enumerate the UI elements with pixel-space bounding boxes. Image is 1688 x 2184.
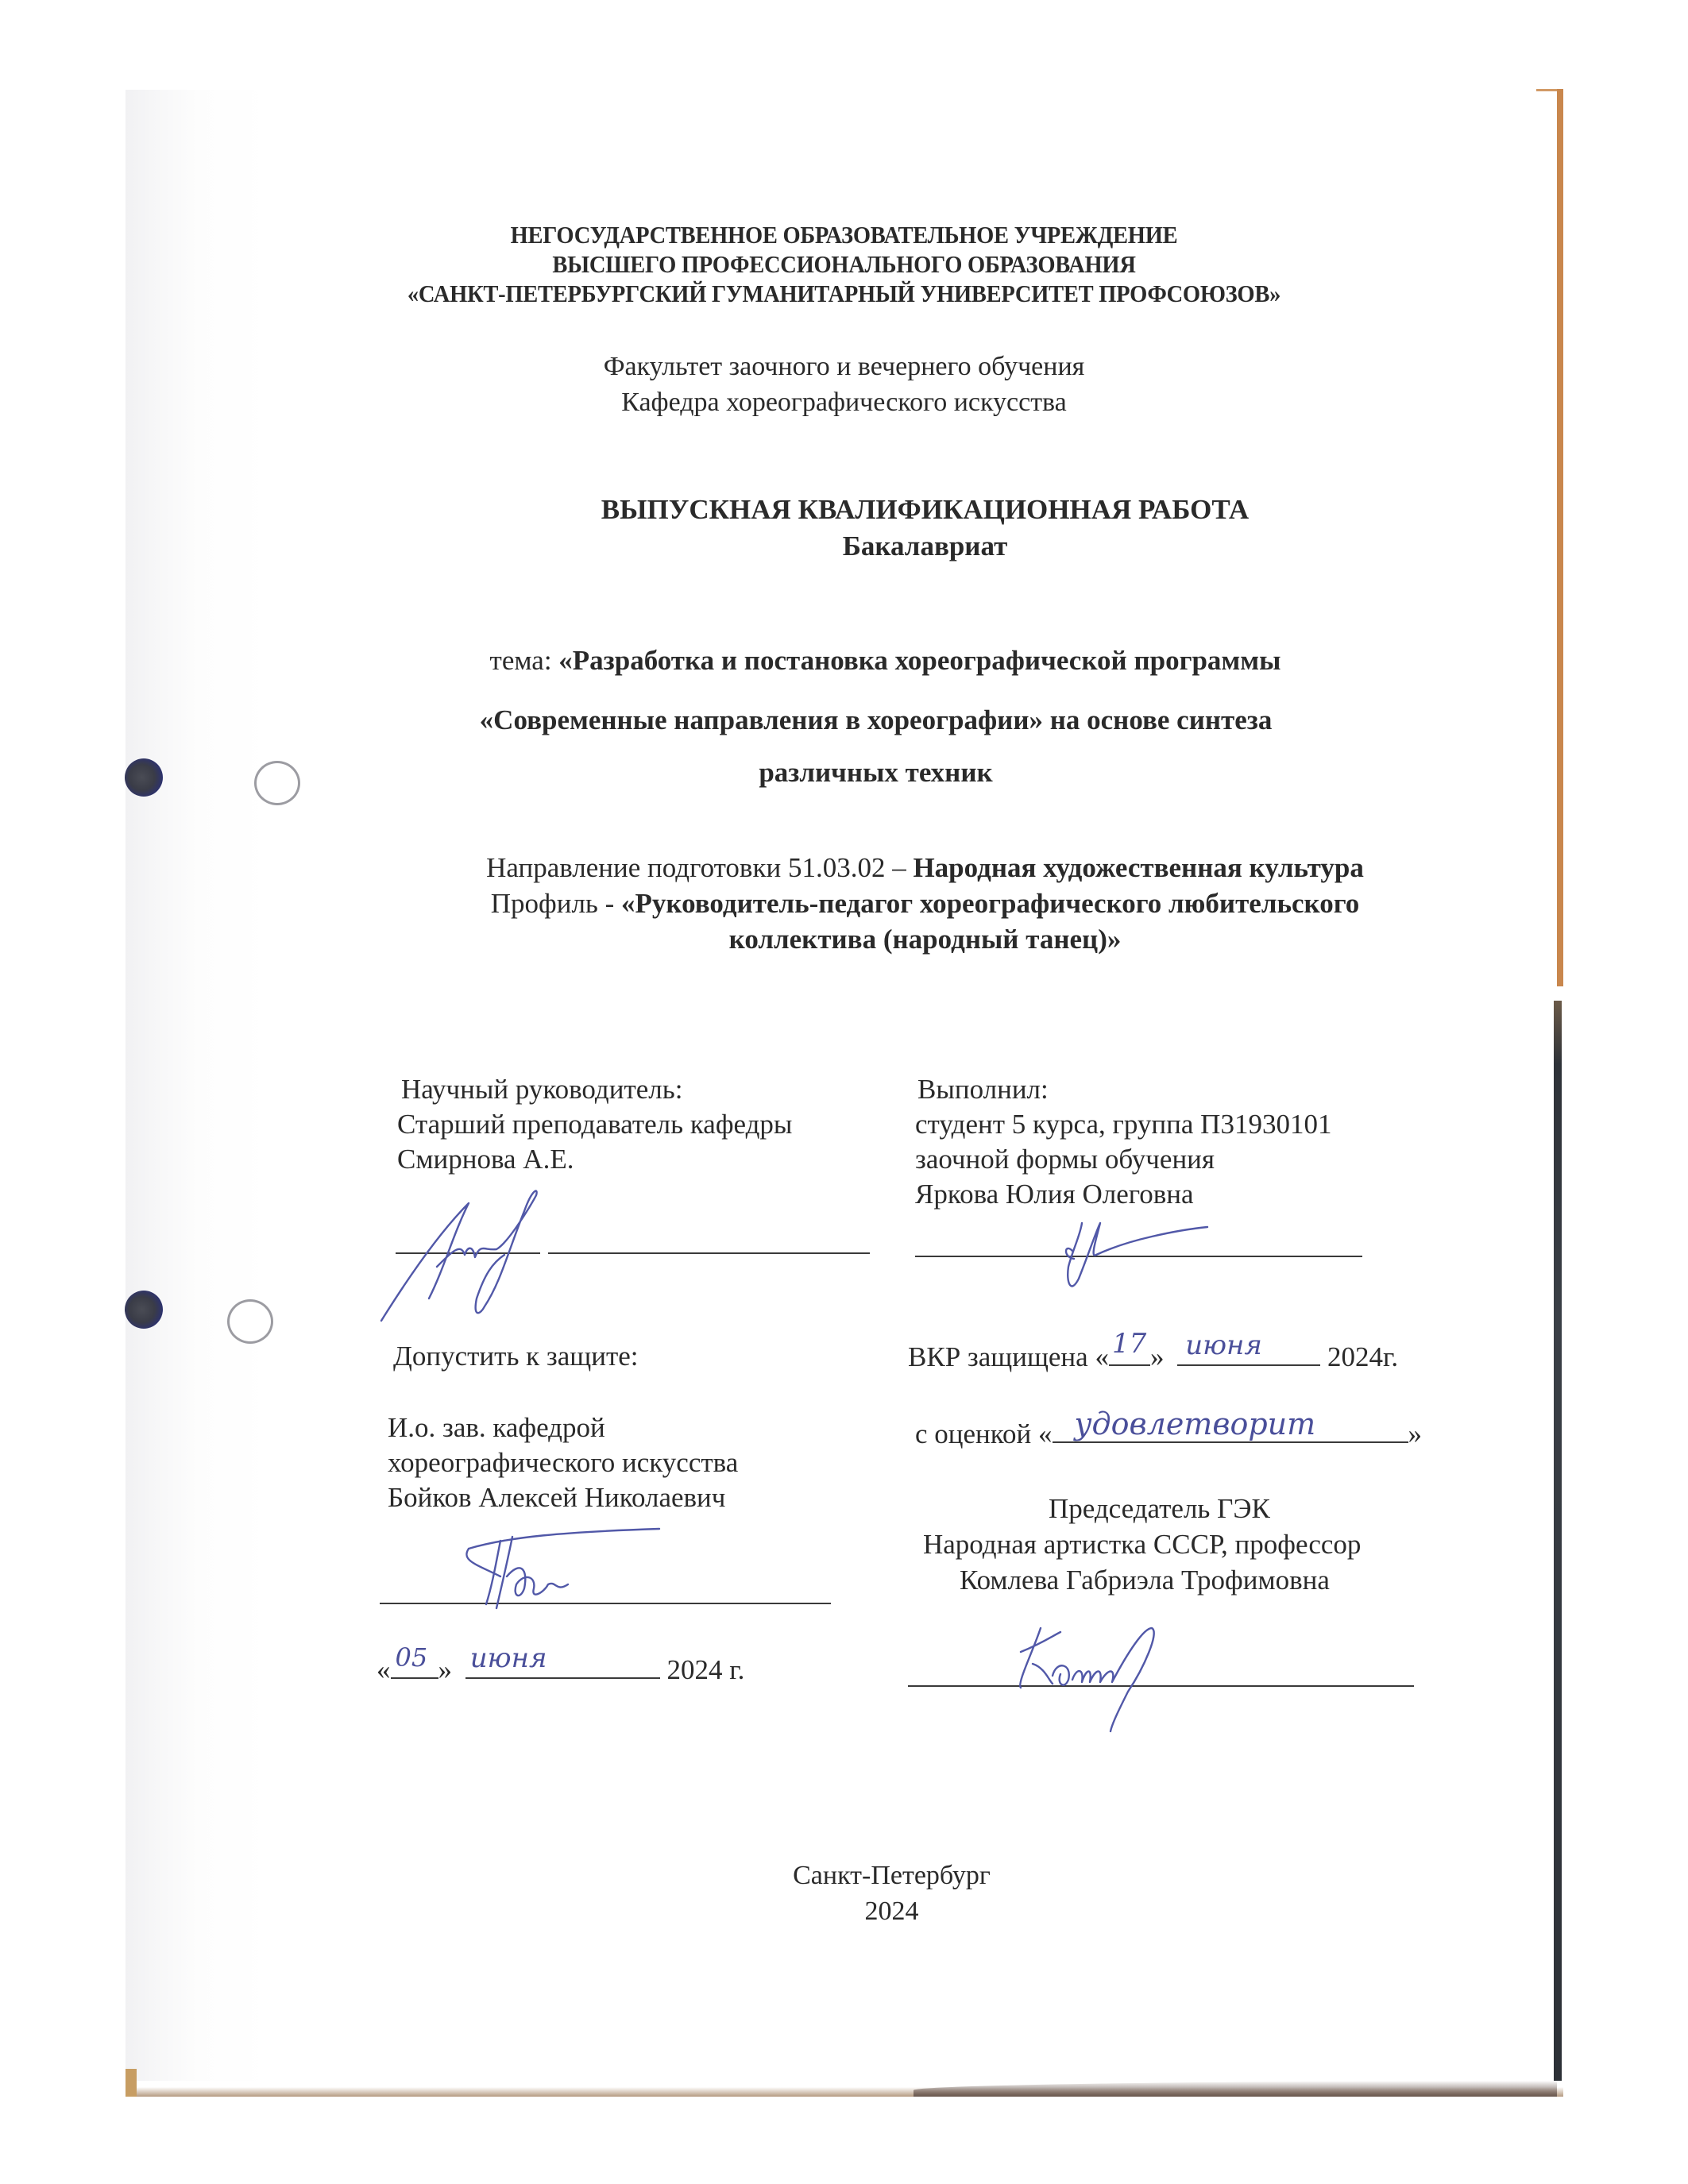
student-label: Выполнил: [917,1074,1049,1106]
defense-date: ВКР защищена «17» июня 2024г. [908,1341,1398,1373]
page-edge-corner [126,2069,137,2097]
admission-label: Допустить к защите: [393,1341,639,1372]
admission-position-1: И.о. зав. кафедрой [388,1412,605,1444]
work-type: ВЫПУСКНАЯ КВАЛИФИКАЦИОННАЯ РАБОТА [81,494,1688,526]
topic-text: «Разработка и постановка хореографическо… [558,645,1280,676]
supervisor-position: Старший преподаватель кафедры [397,1109,792,1140]
commission-name: Комлева Габриэла Трофимовна [960,1565,1330,1596]
defense-quote-close: » [1150,1341,1165,1372]
topic-line-1: тема: «Разработка и постановка хореограф… [41,645,1688,677]
grade-field: удовлетворит [1053,1418,1408,1443]
admission-signature-icon [445,1529,651,1624]
supervisor-label: Научный руководитель: [401,1074,682,1106]
commission-signature-icon [1009,1620,1247,1731]
defense-label: ВКР защищена « [908,1341,1109,1372]
grade-label: с оценкой « [915,1418,1053,1449]
student-course: студент 5 курса, группа П31930101 [915,1109,1331,1140]
institution-line-1: НЕГОСУДАРСТВЕННОЕ ОБРАЗОВАТЕЛЬНОЕ УЧРЕЖД… [68,221,1620,249]
date-quote-open: « [377,1654,391,1685]
direction-value: Народная художественная культура [913,852,1363,883]
student-name: Яркова Юлия Олеговна [915,1179,1194,1210]
defense-day: 17 [1112,1328,1146,1360]
profile-label: Профиль - [491,888,621,919]
direction-label: Направление подготовки 51.03.02 – [486,852,913,883]
admission-year: 2024 г. [667,1654,745,1685]
supervisor-name: Смирнова А.Е. [397,1144,574,1175]
admission-position-2: хореографического искусства [388,1447,738,1479]
commission-title: Председатель ГЭК [1049,1493,1270,1525]
defense-year: 2024г. [1327,1341,1398,1372]
institution-line-2: ВЫСШЕГО ПРОФЕССИОНАЛЬНОГО ОБРАЗОВАНИЯ [68,250,1620,279]
page-edge-shadow [1554,1001,1562,2095]
profile: Профиль - «Руководитель-педагог хореогра… [81,888,1688,920]
admission-day: 05 [396,1642,428,1673]
defense-month: июня [1185,1329,1262,1361]
student-signature-icon [1064,1219,1223,1295]
grade-quote-close: » [1408,1418,1423,1449]
defense-month-field: июня [1177,1341,1320,1366]
supervisor-signature-icon [373,1187,564,1322]
topic-line-2: «Современные направления в хореографии» … [32,704,1688,736]
student-form: заочной формы обучения [915,1144,1215,1175]
city: Санкт-Петербург [48,1861,1688,1891]
supervisor-signature-line-2 [548,1252,870,1254]
year: 2024 [48,1897,1688,1927]
faculty: Факультет заочного и вечернего обучения [0,352,1688,382]
date-quote-close: » [438,1654,453,1685]
profile-value-2: коллектива (народный танец)» [729,924,1122,955]
direction: Направление подготовки 51.03.02 – Народн… [81,852,1688,884]
punch-hole-ring-icon [227,1299,273,1344]
admission-month-field: июня [465,1653,660,1679]
admission-date: «05» июня 2024 г. [377,1653,744,1686]
topic-line-3: различных техник [32,757,1688,789]
institution-line-3: «САНКТ-ПЕТЕРБУРГСКИЙ ГУМАНИТАРНЫЙ УНИВЕР… [68,280,1620,308]
department: Кафедра хореографического искусства [0,388,1688,418]
admission-day-field: 05 [391,1653,438,1679]
defense-day-field: 17 [1109,1341,1150,1366]
commission-rank: Народная артистка СССР, профессор [923,1529,1361,1561]
profile-value: «Руководитель-педагог хореографического … [621,888,1359,919]
topic-prefix: тема: [490,645,559,676]
grade-value: удовлетворит [1075,1406,1316,1441]
defense-grade: с оценкой «удовлетворит» [915,1418,1422,1450]
work-level: Бакалавриат [81,531,1688,562]
admission-name: Бойков Алексей Николаевич [388,1482,725,1514]
profile-line-2: коллектива (народный танец)» [81,924,1688,955]
admission-month: июня [470,1642,547,1674]
punch-hole-icon [125,1291,163,1329]
